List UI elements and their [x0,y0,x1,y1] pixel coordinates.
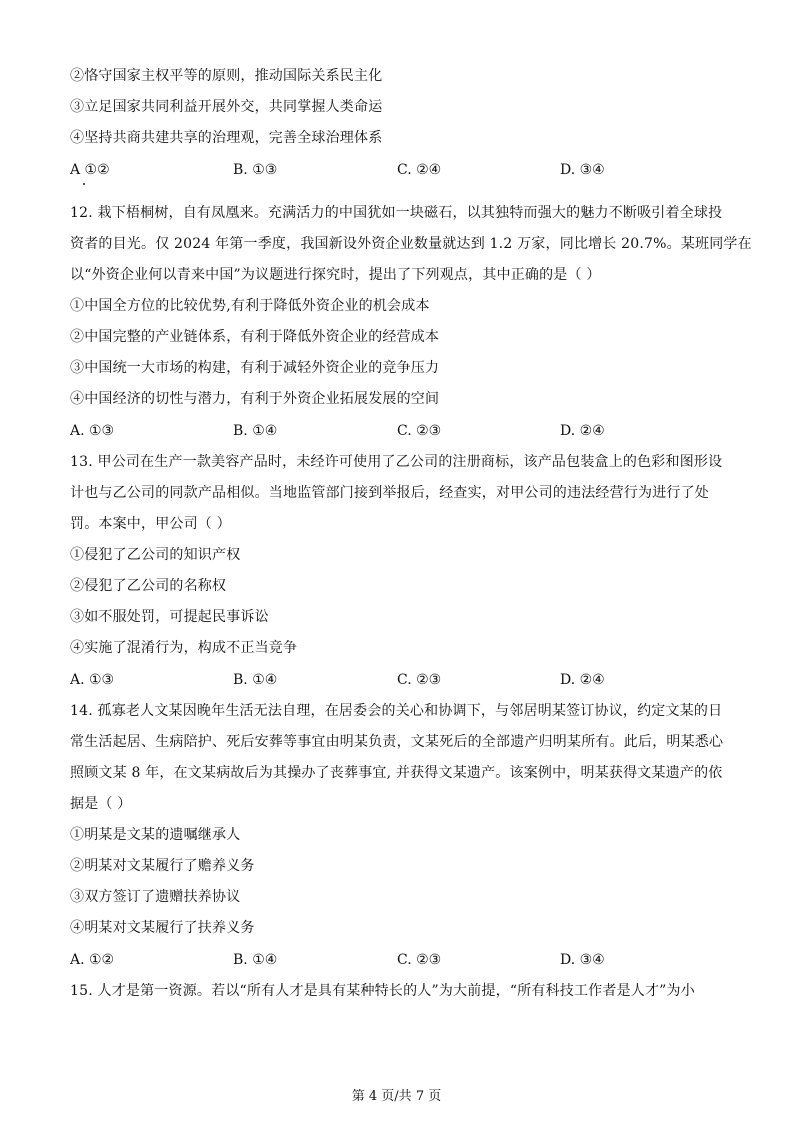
q14-stem-line-2: 常生活起居、生病陪护、死后安葬等事宜由明某负责，文某死后的全部遗产归明某所有。此… [70,732,730,752]
q12-statement-3: ③中国统一大市场的构建，有利于减轻外资企业的竞争压力 [70,358,730,378]
q12-stem-line-3: 以“外资企业何以青来中国”为议题进行探究时，提出了下列观点，其中正确的是（ ） [70,265,730,285]
q13-stem-line-1: 13. 甲公司在生产一款美容产品时，未经许可使用了乙公司的注册商标，该产品包装盒… [70,452,730,472]
q14-stem-line-3: 照顾文某 8 年，在文某病故后为其操办了丧葬事宜, 并获得文某遗产。该案例中，明… [70,763,730,783]
q14-options: A. ①② B. ①④ C. ②③ D. ③④ [70,950,730,970]
q13-options: A. ①③ B. ①④ C. ②③ D. ②④ [70,670,730,690]
q14-statement-3: ③双方签订了遗赠扶养协议 [70,887,730,907]
q14-statement-1: ①明某是文某的遗嘱继承人 [70,825,730,845]
q11-option-c: C. ②④ [397,160,441,180]
q13-statement-3: ③如不服处罚，可提起民事诉讼 [70,607,730,627]
q11-statement-4: ④坚持共商共建共享的治理观，完善全球治理体系 [70,128,730,148]
q12-option-d: D. ②④ [560,421,605,441]
q11-option-b: B. ①③ [233,160,277,180]
q14-option-a: A. ①② [70,950,114,970]
q14-option-c: C. ②③ [397,950,441,970]
q11-options: A ①② B. ①③ C. ②④ D. ③④ [70,160,730,180]
q11-statement-2: ②恪守国家主权平等的原则，推动国际关系民主化 [70,66,730,86]
q12-stem-line-2: 资者的目光。仅 2024 年第一季度，我国新设外资企业数量就达到 1.2 万家，… [70,234,730,254]
q12-statement-4: ④中国经济的切性与潜力，有利于外资企业拓展发展的空间 [70,389,730,409]
q13-stem-line-2: 计也与乙公司的同款产品相似。当地监管部门接到举报后，经查实，对甲公司的违法经营行… [70,483,730,503]
page-number: 第 4 页/共 7 页 [0,1088,793,1106]
q13-option-a: A. ①③ [70,670,114,690]
q14-stem-line-4: 据是（ ） [70,794,730,814]
q14-statement-2: ②明某对文某履行了赡养义务 [70,856,730,876]
q14-statement-4: ④明某对文某履行了扶养义务 [70,918,730,938]
q12-option-c: C. ②③ [397,421,441,441]
q13-option-c: C. ②③ [397,670,441,690]
q13-option-b: B. ①④ [233,670,277,690]
q12-options: A. ①③ B. ①④ C. ②③ D. ②④ [70,421,730,441]
q11-option-d: D. ③④ [560,160,605,180]
q14-option-b: B. ①④ [233,950,277,970]
q13-statement-1: ①侵犯了乙公司的知识产权 [70,545,730,565]
q12-option-a: A. ①③ [70,421,114,441]
q12-statement-2: ②中国完整的产业链体系，有利于降低外资企业的经营成本 [70,327,730,347]
document-page: ②恪守国家主权平等的原则，推动国际关系民主化 ③立足国家共同利益开展外交，共同掌… [0,0,793,1122]
q11-statement-3: ③立足国家共同利益开展外交，共同掌握人类命运 [70,97,730,117]
q12-statement-1: ①中国全方位的比较优势,有利于降低外资企业的机会成本 [70,296,730,316]
q13-statement-4: ④实施了混淆行为，构成不正当竞争 [70,638,730,658]
q15-stem-line-1: 15. 人才是第一资源。若以“所有人才是具有某种特长的人”为大前提，“所有科技工… [70,981,730,1001]
q13-statement-2: ②侵犯了乙公司的名称权 [70,576,730,596]
q14-stem-line-1: 14. 孤寡老人文某因晚年生活无法自理，在居委会的关心和协调下，与邻居明某签订协… [70,701,730,721]
q11-option-a: A ①② [70,160,110,180]
q12-stem-line-1: 12. 栽下梧桐树，自有凤凰来。充满活力的中国犹如一块磁石，以其独特而强大的魅力… [70,203,730,223]
stray-mark [83,183,85,185]
q13-option-d: D. ②④ [560,670,605,690]
q13-stem-line-3: 罚。本案中，甲公司（ ） [70,514,730,534]
q12-option-b: B. ①④ [233,421,277,441]
q14-option-d: D. ③④ [560,950,605,970]
